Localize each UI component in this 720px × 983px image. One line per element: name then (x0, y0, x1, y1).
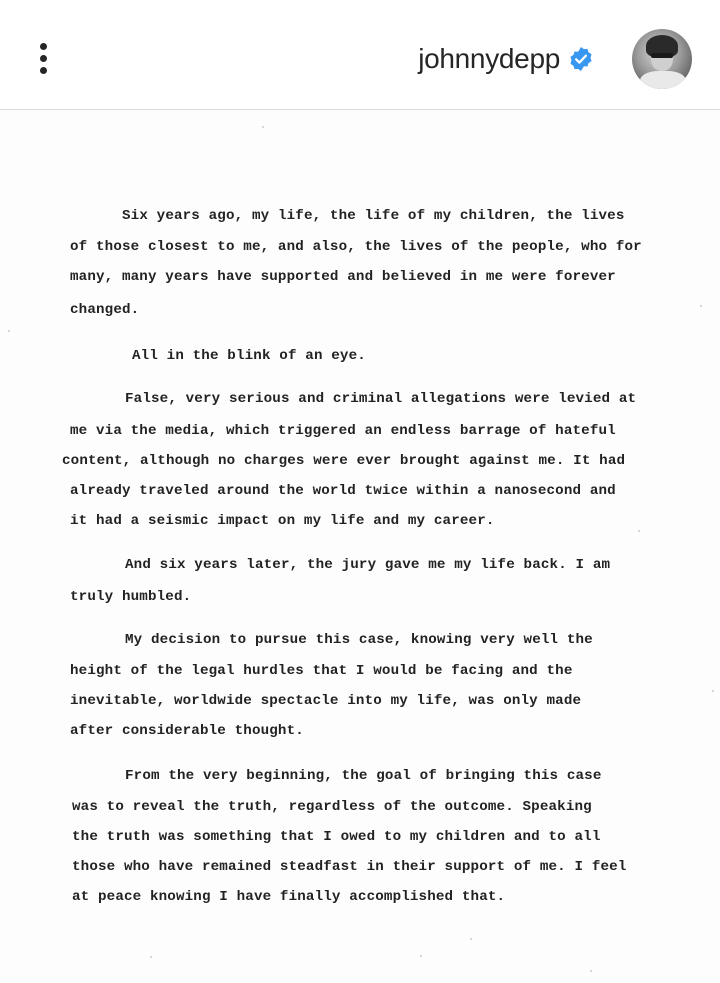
statement-line: already traveled around the world twice … (70, 482, 616, 500)
statement-line: And six years later, the jury gave me my… (125, 556, 610, 574)
statement-line: the truth was something that I owed to m… (72, 828, 601, 846)
statement-line: inevitable, worldwide spectacle into my … (70, 692, 581, 710)
statement-line: me via the media, which triggered an end… (70, 422, 616, 440)
statement-line: was to reveal the truth, regardless of t… (72, 798, 592, 816)
verified-badge-icon (568, 46, 594, 72)
typed-statement-image: Six years ago, my life, the life of my c… (0, 110, 720, 983)
statement-line: of those closest to me, and also, the li… (70, 238, 642, 256)
statement-line: many, many years have supported and beli… (70, 268, 616, 286)
statement-line: after considerable thought. (70, 722, 304, 740)
statement-line: height of the legal hurdles that I would… (70, 662, 573, 680)
statement-line: at peace knowing I have finally accompli… (72, 888, 505, 906)
avatar[interactable] (632, 29, 692, 89)
statement-line: My decision to pursue this case, knowing… (125, 631, 593, 649)
post-author: johnnydepp (418, 29, 692, 89)
statement-line: Six years ago, my life, the life of my c… (122, 207, 625, 225)
statement-line: From the very beginning, the goal of bri… (125, 767, 602, 785)
statement-line: truly humbled. (70, 588, 191, 606)
statement-line: changed. (70, 301, 139, 319)
post-header: johnnydepp (0, 0, 720, 110)
statement-line: content, although no charges were ever b… (62, 452, 625, 470)
statement-line: False, very serious and criminal allegat… (125, 390, 636, 408)
statement-line: it had a seismic impact on my life and m… (70, 512, 495, 530)
statement-line: those who have remained steadfast in the… (72, 858, 627, 876)
more-options-icon[interactable] (34, 40, 54, 80)
username-link[interactable]: johnnydepp (418, 43, 560, 75)
statement-line: All in the blink of an eye. (132, 347, 366, 365)
